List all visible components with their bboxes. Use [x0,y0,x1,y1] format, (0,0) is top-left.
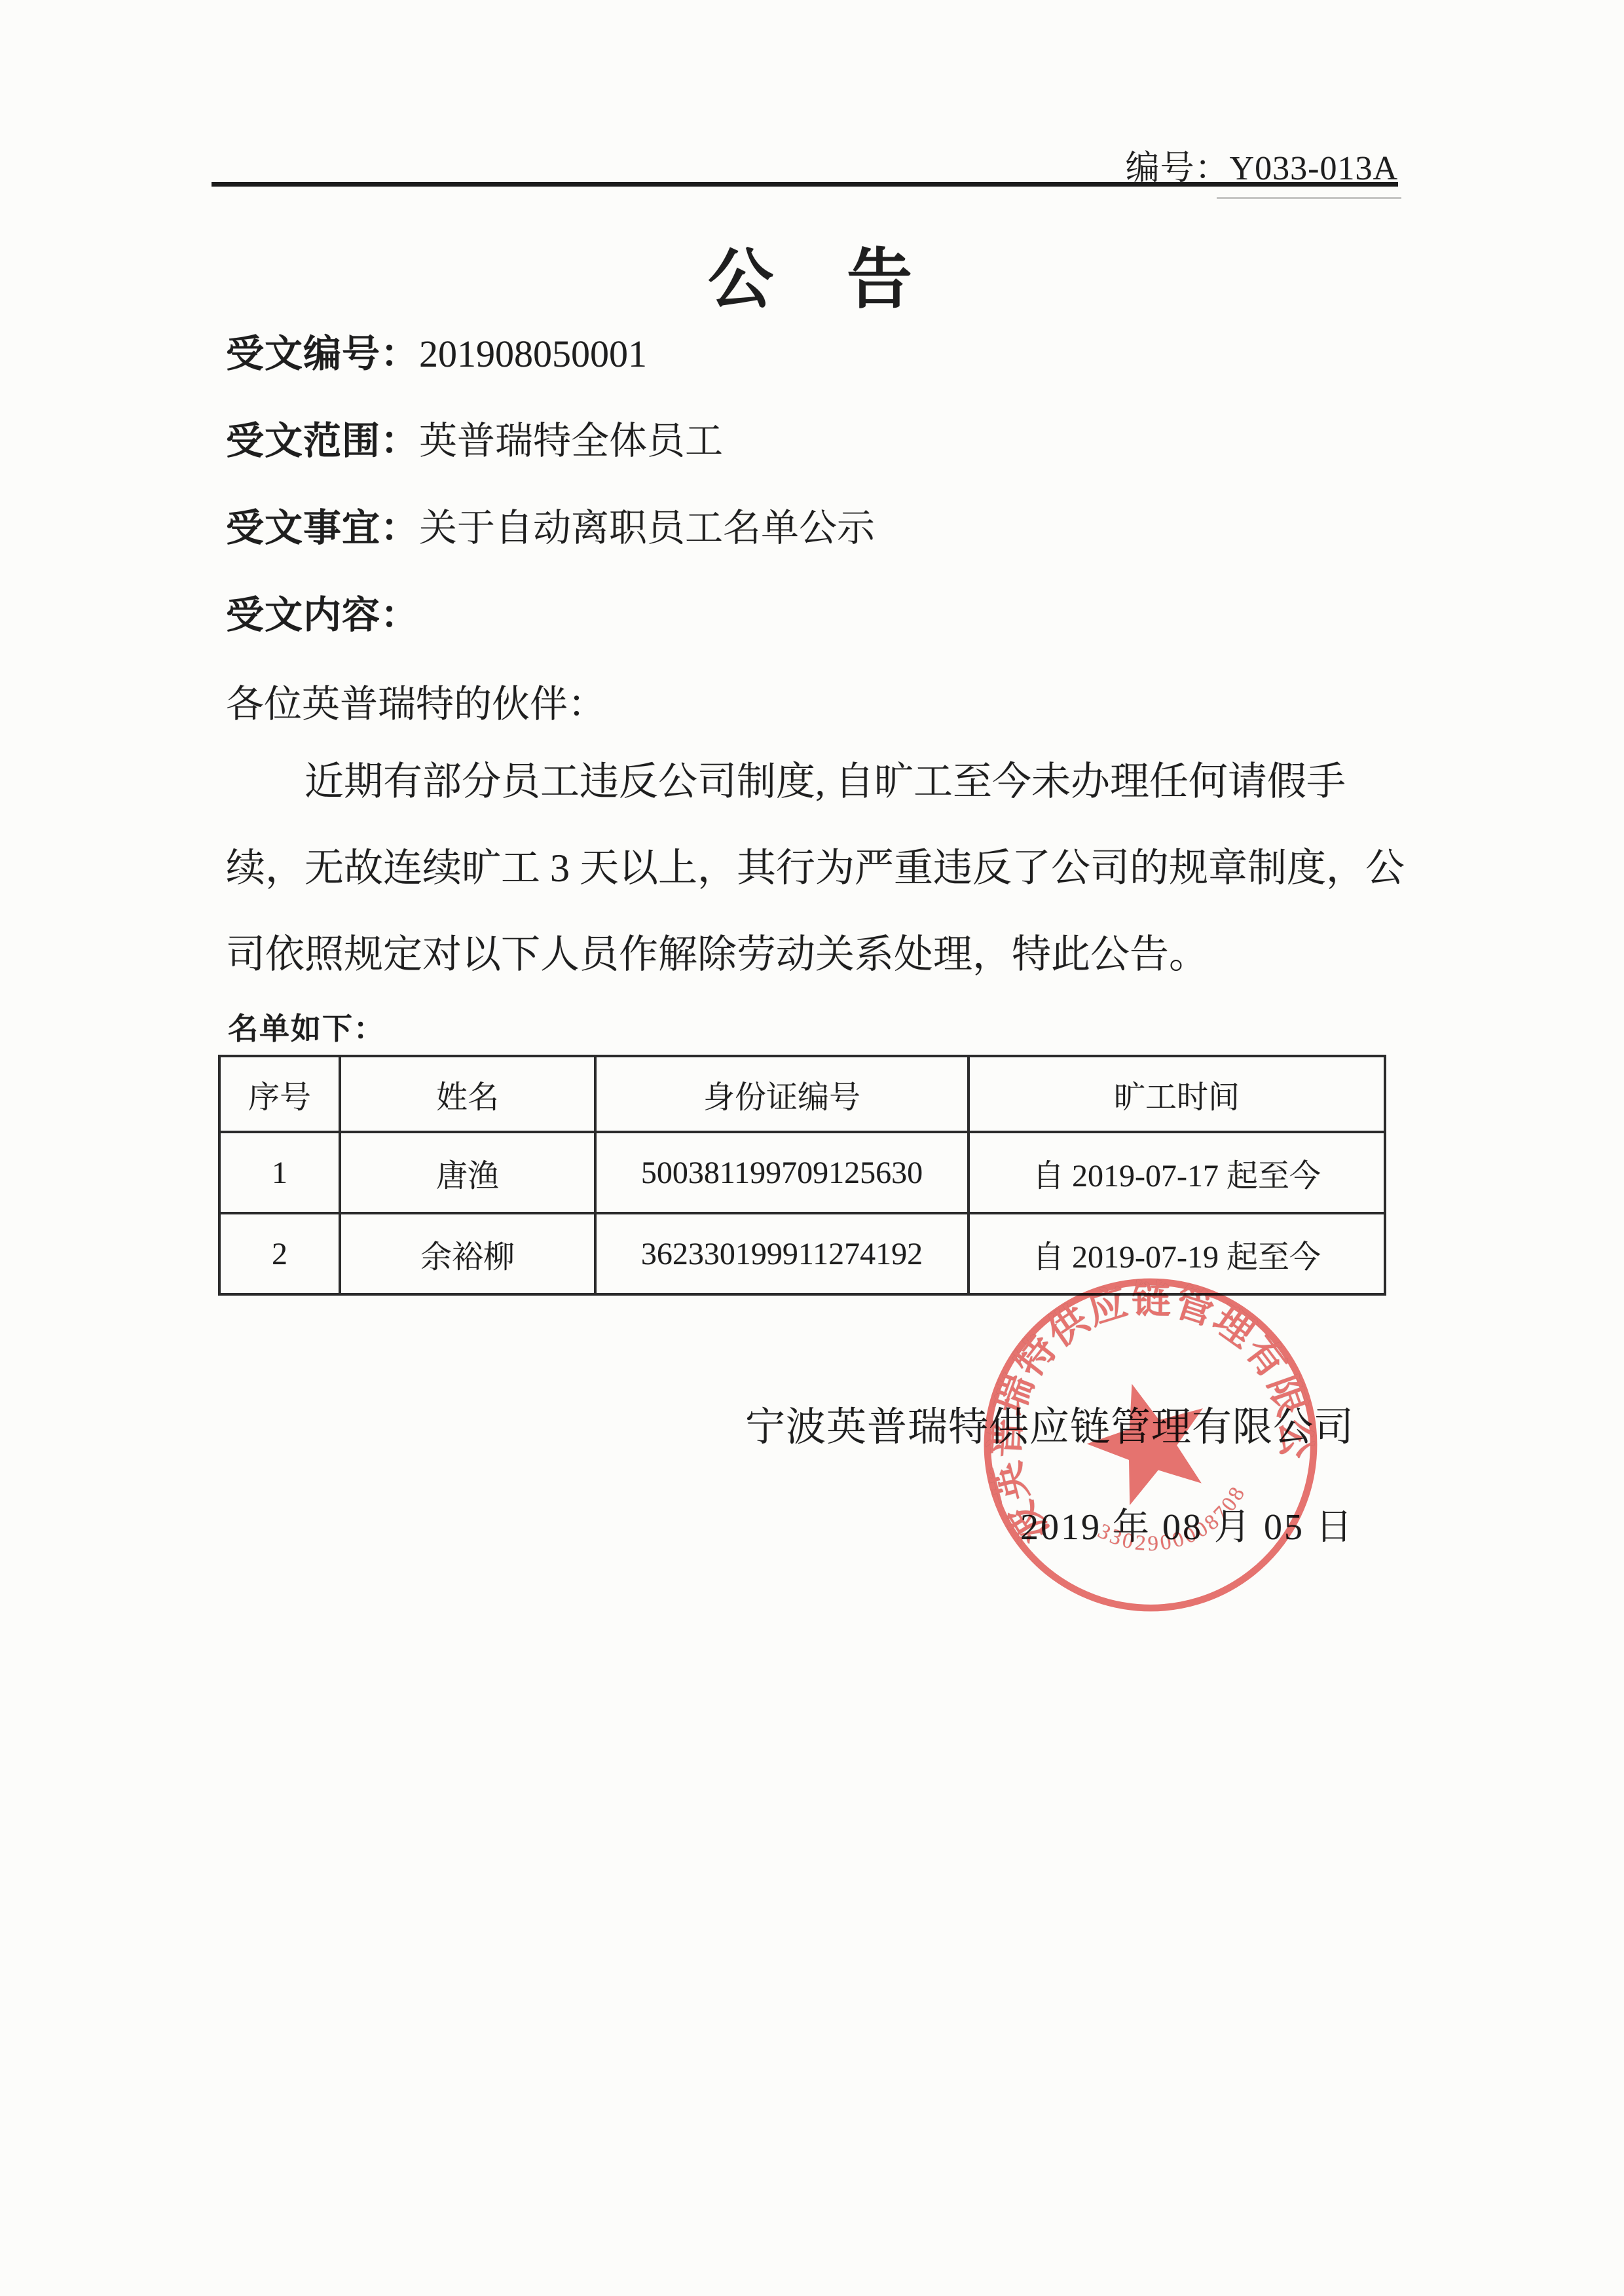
field-subject-label: 受文事宜： [226,507,419,549]
cell-no: 1 [219,1132,340,1213]
field-scope-label: 受文范围： [226,420,419,462]
header-cell-period: 旷工时间 [969,1056,1385,1132]
body-line: 近期有部分员工违反公司制度, 自旷工至今未办理任何请假手 [226,738,1405,825]
list-intro: 名单如下： [228,1005,385,1048]
seal-serial-text: 3302900008708 [1089,1476,1261,1575]
header-cell-no: 序号 [219,1056,340,1132]
header-rule [212,182,1398,187]
document-page: 编号：Y033-013A 公 告 受文编号：201908050001 受文范围：… [0,0,1624,2296]
page-title: 公 告 [0,227,1624,321]
field-scope-value: 英普瑞特全体员工 [419,420,723,462]
cell-no: 2 [219,1213,340,1294]
table-header-row: 序号 姓名 身份证编号 旷工时间 [219,1056,1385,1132]
field-content-label: 受文内容： [226,594,419,636]
header-cell-name: 姓名 [340,1056,595,1132]
cell-name: 余裕柳 [340,1213,595,1294]
field-subject: 受文事宜：关于自动离职员工名单公示 [226,484,875,572]
cell-id: 362330199911274192 [595,1213,969,1294]
field-doc-number-label: 受文编号： [226,333,419,375]
body-line: 司依照规定对以下人员作解除劳动关系处理，特此公告。 [226,911,1405,998]
body-line: 续，无故连续旷工 3 天以上，其行为严重违反了公司的规章制度，公 [226,825,1405,911]
body-paragraph: 近期有部分员工违反公司制度, 自旷工至今未办理任何请假手 续，无故连续旷工 3 … [226,738,1405,998]
field-content: 受文内容： [226,572,875,659]
field-list: 受文编号：201908050001 受文范围：英普瑞特全体员工 受文事宜：关于自… [226,310,875,659]
header-cell-id: 身份证编号 [595,1056,969,1132]
field-doc-number-value: 201908050001 [419,333,647,375]
table-row: 1 唐渔 500381199709125630 自 2019-07-17 起至今 [219,1132,1385,1213]
field-scope: 受文范围：英普瑞特全体员工 [226,397,875,484]
cell-id: 500381199709125630 [595,1132,969,1213]
salutation: 各位英普瑞特的伙伴： [226,673,606,728]
cell-name: 唐渔 [340,1132,595,1213]
field-subject-value: 关于自动离职员工名单公示 [419,507,875,549]
star-icon [1074,1366,1224,1512]
field-doc-number: 受文编号：201908050001 [226,310,875,397]
cell-period: 自 2019-07-17 起至今 [969,1132,1385,1213]
header-rule-scan-artifact [1217,197,1401,199]
